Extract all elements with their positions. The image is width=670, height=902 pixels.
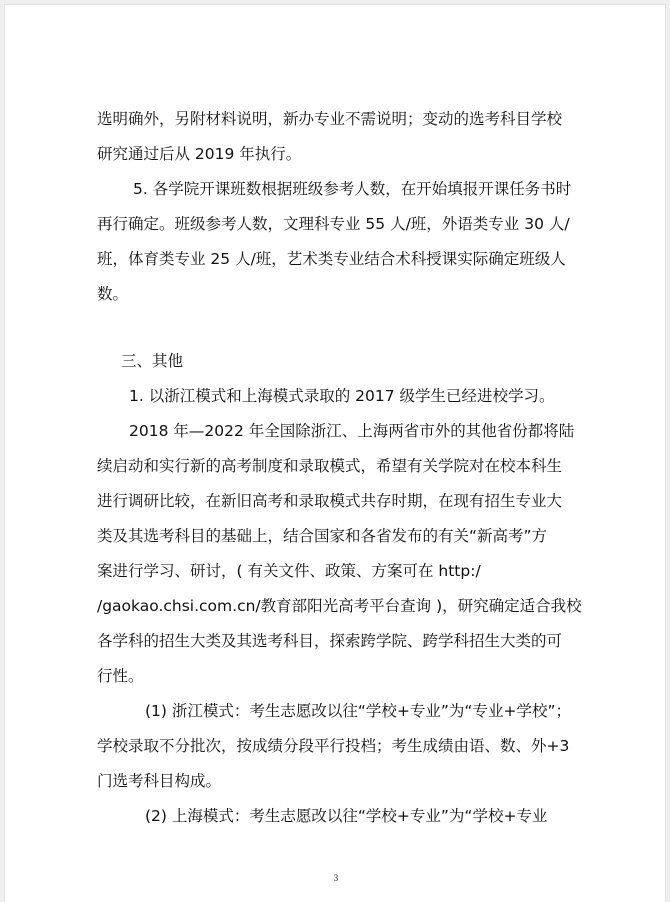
- paragraph-start: 2018 年—2022 年全国除浙江、上海两省市外的其他省份都将陆: [129, 421, 574, 441]
- page-number: 3: [5, 873, 667, 883]
- text-line: 再行确定。班级参考人数，文理科专业 55 人/班，外语类专业 30 人/: [97, 214, 570, 234]
- text-line: 类及其选考科目的基础上，结合国家和各省发布的有关“新高考”方: [97, 526, 547, 546]
- text-line: 学校录取不分批次，按成绩分段平行投档；考生成绩由语、数、外+3: [97, 736, 569, 756]
- text-line: 班，体育类专业 25 人/班，艺术类专业结合术科授课实际确定班级人: [97, 249, 566, 269]
- text-line: 选明确外，另附材料说明，新办专业不需说明；变动的选考科目学校: [97, 109, 562, 129]
- section-heading: 三、其他: [121, 351, 183, 371]
- text-line: 数。: [97, 284, 128, 304]
- document-page: 选明确外，另附材料说明，新办专业不需说明；变动的选考科目学校 研究通过后从 20…: [4, 4, 666, 902]
- sub-item-zhejiang: (1) 浙江模式：考生志愿改以往“学校+专业”为“专业+学校”；: [145, 701, 571, 721]
- list-item-5: 5. 各学院开课班数根据班级参考人数，在开始填报开课任务书时: [133, 179, 571, 199]
- text-line: 研究通过后从 2019 年执行。: [97, 144, 301, 164]
- text-line: 行性。: [97, 666, 144, 686]
- text-line: 续启动和实行新的高考制度和录取模式，希望有关学院对在校本科生: [97, 456, 562, 476]
- text-line: 案进行学习、研讨，( 有关文件、政策、方案可在 http:/: [97, 561, 481, 581]
- text-line: 进行调研比较，在新旧高考和录取模式共存时期，在现有招生专业大: [97, 491, 562, 511]
- text-line-with-url: /gaokao.chsi.com.cn/教育部阳光高考平台查询 )，研究确定适合…: [97, 596, 582, 616]
- list-item-1: 1. 以浙江模式和上海模式录取的 2017 级学生已经进校学习。: [129, 386, 555, 406]
- text-line: 门选考科目构成。: [97, 771, 221, 791]
- text-line: 各学科的招生大类及其选考科目，探索跨学院、跨学科招生大类的可: [97, 631, 562, 651]
- sub-item-shanghai: (2) 上海模式：考生志愿改以往“学校+专业”为“学校+专业: [145, 806, 547, 826]
